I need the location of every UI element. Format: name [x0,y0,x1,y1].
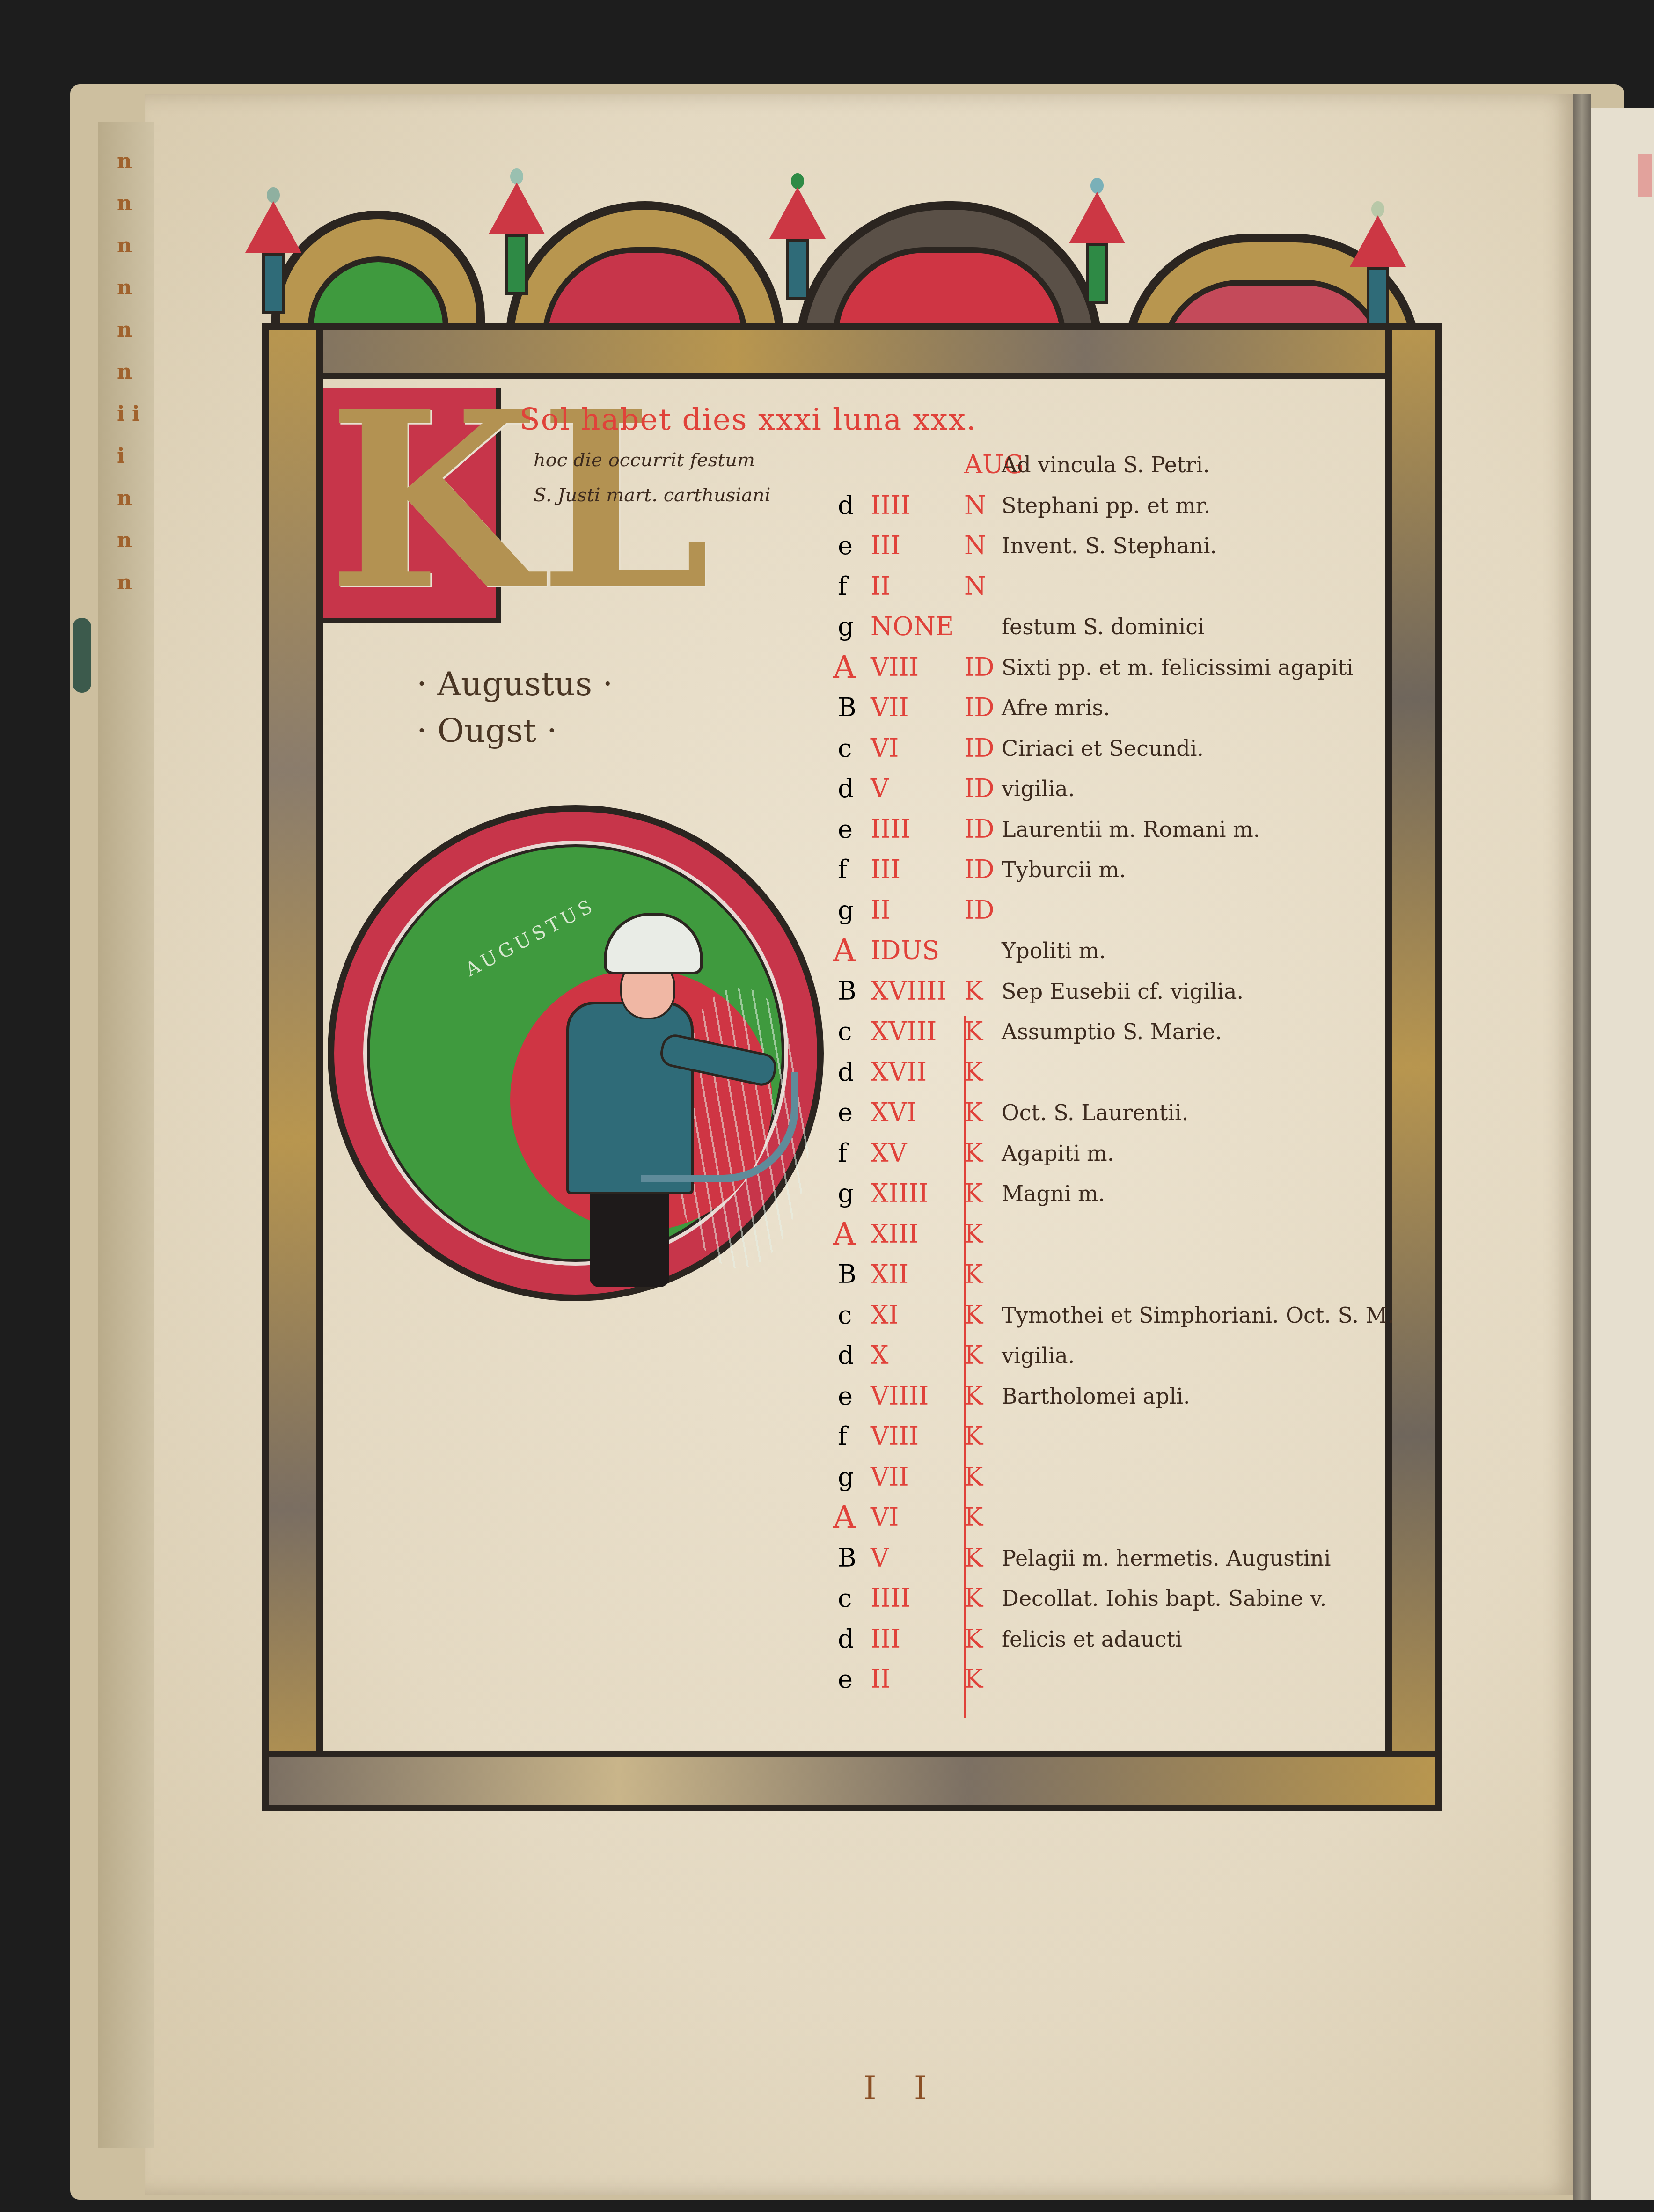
feast-name: Ciriaci et Secundi. [1002,728,1204,769]
calendar-row: fIIN [824,566,1385,607]
clasp-icon [73,618,91,693]
dominical-letter: A [833,1497,866,1538]
day-numeral: III [871,850,900,890]
kl-initial: KL [323,388,501,623]
dominical-letter: d [838,1052,871,1092]
day-numeral: XVII [871,1052,927,1092]
dominical-letter: d [838,1619,871,1659]
dominical-letter: e [838,1376,871,1416]
day-numeral: XVIII [871,1011,937,1052]
day-numeral: VI [871,1497,899,1538]
tower-icon [1367,201,1389,328]
frame-right [1385,323,1442,1811]
day-numeral: XIIII [871,1173,929,1214]
calendar-row: eXVIKOct. S. Laurentii. [824,1092,1385,1133]
calendar-row: cXIKTymothei et Simphoriani. Oct. S. M. [824,1295,1385,1335]
calendar-row: fVIIIK [824,1416,1385,1457]
calendar-row: BVKPelagii m. hermetis. Augustini [824,1538,1385,1578]
calendar-row: cVIIDCiriaci et Secundi. [824,728,1385,769]
calendar-row: dXKvigilia. [824,1335,1385,1376]
tower-icon [786,173,809,300]
dominical-letter: f [838,566,871,607]
roman-term: K [964,1538,983,1578]
dominical-letter: g [838,1173,871,1214]
roman-term: N [964,485,986,526]
calendar-row: gIIID [824,890,1385,930]
dominical-letter: g [838,1457,871,1497]
opposite-page-edge [1591,108,1654,2200]
calendar-row: fXVKAgapiti m. [824,1133,1385,1173]
roundel-inscription: AUGUSTUS [462,894,599,981]
roman-term: ID [964,728,995,769]
marginal-note-line-2: S. Justi mart. carthusiani [534,484,770,506]
day-numeral: IDUS [871,930,939,971]
month-name-vernacular: · Ougst · [417,711,557,750]
feast-name: Ypoliti m. [1002,930,1106,971]
day-numeral: X [871,1335,888,1376]
dominical-letter: g [838,890,871,930]
day-numeral: VII [871,688,909,728]
dominical-letter: e [838,1092,871,1133]
dominical-letter: B [838,1254,871,1295]
day-numeral: VIII [871,647,919,688]
roman-term: ID [964,769,995,809]
dominical-letter: A [833,930,866,971]
roman-term: K [964,1457,983,1497]
dominical-letter: d [838,769,871,809]
marginal-note-line-1: hoc die occurrit festum [534,449,755,471]
roman-term: ID [964,647,995,688]
calendar-row: AVIIIIDSixti pp. et m. felicissimi agapi… [824,647,1385,688]
reaper-legs [590,1184,669,1287]
roman-term: K [964,1214,983,1254]
day-numeral: XVI [871,1092,917,1133]
feast-name: Decollat. Iohis bapt. Sabine v. [1002,1578,1326,1619]
dominical-letter: d [838,485,871,526]
calendar-row: dIIIKfelicis et adaucti [824,1619,1385,1659]
roman-term: K [964,1295,983,1335]
gutter [1573,94,1591,2200]
calendar-row: AVIK [824,1497,1385,1538]
feast-name: Afre mris. [1002,688,1110,728]
calendar-row: BVIIIDAfre mris. [824,688,1385,728]
roman-term: K [964,1254,983,1295]
dominical-letter: e [838,526,871,566]
calendar-row: BXVIIIIKSep Eusebii cf. vigilia. [824,971,1385,1011]
dominical-letter: f [838,1133,871,1173]
feast-name: Tymothei et Simphoriani. Oct. S. M. [1002,1295,1394,1335]
dominical-letter: g [838,607,871,647]
dominical-letter: f [838,850,871,890]
day-numeral: V [871,1538,889,1578]
tower-icon [1086,178,1108,304]
roundel-green-band: AUGUSTUS [367,844,784,1262]
folio-number: II [864,2069,964,2107]
day-numeral: XV [871,1133,907,1173]
feast-name: vigilia. [1002,769,1075,809]
feast-name: vigilia. [1002,1335,1075,1376]
roman-term: N [964,566,986,607]
calendar-row: gXIIIIKMagni m. [824,1173,1385,1214]
roman-term: ID [964,850,995,890]
day-numeral: IIII [871,809,910,850]
roman-term: K [964,1578,983,1619]
day-numeral: XII [871,1254,908,1295]
feast-name: Agapiti m. [1002,1133,1114,1173]
roman-term: K [964,1133,983,1173]
calendar-row: dVIDvigilia. [824,769,1385,809]
calendar-row: eVIIIIKBartholomei apli. [824,1376,1385,1416]
calendar-row: cXVIIIKAssumptio S. Marie. [824,1011,1385,1052]
calendar-row: eIIIIIDLaurentii m. Romani m. [824,809,1385,850]
roman-term: K [964,1659,983,1699]
dominical-letter: e [838,1659,871,1699]
calendar-row: dXVIIK [824,1052,1385,1092]
roman-term: K [964,1173,983,1214]
day-numeral: XVIIII [871,971,947,1011]
dominical-letter: d [838,1335,871,1376]
day-numeral: II [871,1659,891,1699]
dominical-letter: c [838,1011,871,1052]
feast-name: Sep Eusebii cf. vigilia. [1002,971,1244,1011]
dominical-letter: f [838,1416,871,1457]
roman-term: K [964,971,983,1011]
day-numeral: III [871,526,900,566]
day-numeral: IIII [871,485,910,526]
dominical-letter: B [838,688,871,728]
calendar-row: cIIIIKDecollat. Iohis bapt. Sabine v. [824,1578,1385,1619]
feast-name: Magni m. [1002,1173,1105,1214]
calendar-row: fIIIIDTyburcii m. [824,850,1385,890]
day-numeral: XIII [871,1214,918,1254]
day-numeral: VIIII [871,1376,929,1416]
calendar-row: gVIIK [824,1457,1385,1497]
feast-name: Ad vincula S. Petri. [1002,445,1210,485]
calendar-row: AXIIIK [824,1214,1385,1254]
day-numeral: NONE [871,607,954,647]
labour-of-month-roundel: AUGUSTUS [328,805,824,1301]
day-numeral: XI [871,1295,899,1335]
feast-name: Stephani pp. et mr. [1002,485,1210,526]
calendar-row: gNONEfestum S. dominici [824,607,1385,647]
roman-term: K [964,1092,983,1133]
day-numeral: IIII [871,1578,910,1619]
tower-icon [262,187,285,314]
roman-term: ID [964,688,995,728]
dominical-letter: A [833,1214,866,1254]
dominical-letter: A [833,647,866,688]
dominical-letter: B [838,971,871,1011]
feast-name: Sixti pp. et m. felicissimi agapiti [1002,647,1354,688]
feast-name: Oct. S. Laurentii. [1002,1092,1188,1133]
dominical-letter: c [838,1295,871,1335]
reaper-hat [604,913,703,974]
feast-name: Tyburcii m. [1002,850,1126,890]
frame-bottom [262,1751,1442,1811]
roman-term: K [964,1376,983,1416]
feast-name: Pelagii m. hermetis. Augustini [1002,1538,1331,1578]
day-numeral: V [871,769,889,809]
day-numeral: III [871,1619,900,1659]
calendar-row: eIIK [824,1659,1385,1699]
dominical-letter: B [838,1538,871,1578]
calendar-row: eIIINInvent. S. Stephani. [824,526,1385,566]
header-rubric: Sol habet dies xxxi luna xxx. [520,403,977,437]
roman-term: K [964,1497,983,1538]
day-numeral: VI [871,728,899,769]
roman-term: N [964,526,986,566]
feast-name: Invent. S. Stephani. [1002,526,1217,566]
opposite-page-red-mark [1638,154,1652,197]
dominical-letter: c [838,1578,871,1619]
day-numeral: VIII [871,1416,919,1457]
day-numeral: II [871,890,891,930]
roman-term: K [964,1335,983,1376]
calendar-row: dIIIINStephani pp. et mr. [824,485,1385,526]
roman-term: K [964,1011,983,1052]
feast-name: Assumptio S. Marie. [1002,1011,1222,1052]
month-name-latin: · Augustus · [417,665,613,703]
roman-term: K [964,1619,983,1659]
roman-term: ID [964,809,995,850]
tower-icon [505,168,528,295]
calendar-row: BXIIK [824,1254,1385,1295]
dominical-letter: e [838,809,871,850]
feast-name: Laurentii m. Romani m. [1002,809,1260,850]
stub-fragment-text: n n n n n n i i i n n n [117,140,145,604]
roman-term: K [964,1416,983,1457]
day-numeral: II [871,566,891,607]
frame-left [262,323,323,1811]
dominical-letter: c [838,728,871,769]
day-numeral: VII [871,1457,909,1497]
roman-term: K [964,1052,983,1092]
roman-term: ID [964,890,995,930]
feast-name: felicis et adaucti [1002,1619,1182,1659]
calendar-row: AIDUSYpoliti m. [824,930,1385,971]
calendar-row: AUGAd vincula S. Petri. [824,445,1385,485]
feast-name: Bartholomei apli. [1002,1376,1190,1416]
feast-name: festum S. dominici [1002,607,1205,647]
